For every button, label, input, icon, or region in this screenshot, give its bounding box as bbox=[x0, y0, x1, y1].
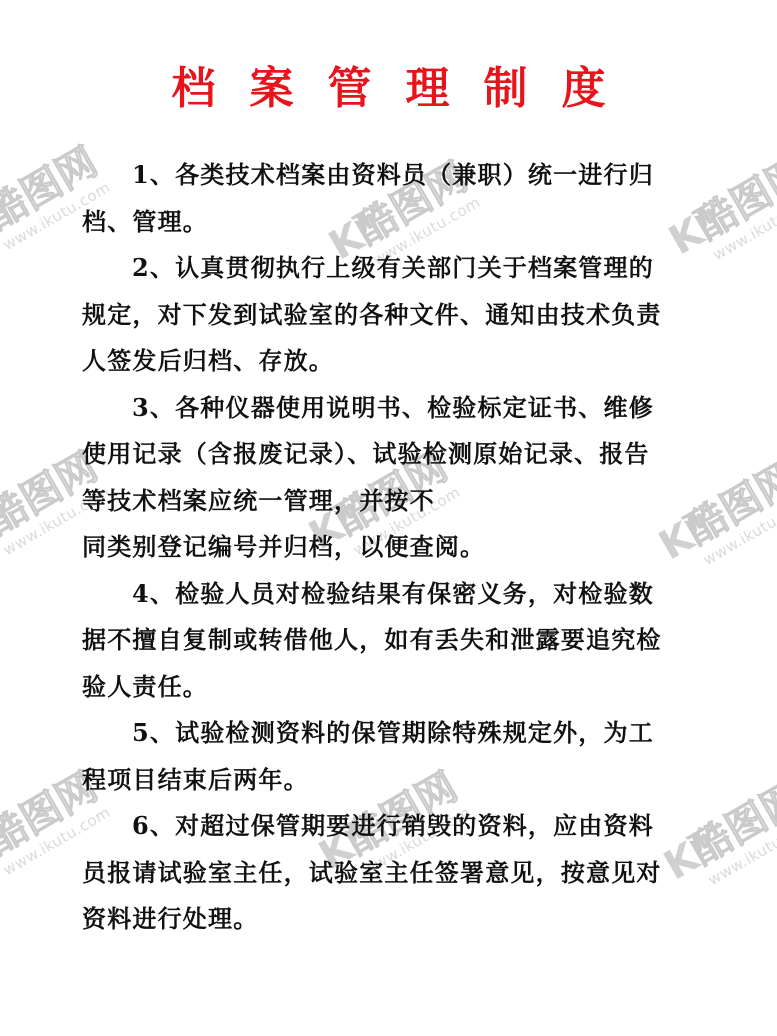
k-logo-icon: K bbox=[0, 504, 1, 559]
paragraph-line: 5、试验检测资料的保管期除特殊规定外，为工 bbox=[82, 710, 702, 757]
paragraph-1: 1、各类技术档案由资料员（兼职）统一进行归 档、管理。 bbox=[82, 152, 702, 245]
k-logo-icon: K bbox=[0, 199, 1, 254]
paragraph-line: 程项目结束后两年。 bbox=[82, 757, 702, 804]
paragraph-line: 2、认真贯彻执行上级有关部门关于档案管理的 bbox=[82, 245, 702, 292]
k-logo-icon: K bbox=[0, 824, 1, 879]
paragraph-line: 3、各种仪器使用说明书、检验标定证书、维修 bbox=[82, 385, 702, 432]
paragraph-line: 等技术档案应统一管理，并按不 bbox=[82, 478, 702, 525]
paragraph-4: 4、检验人员对检验结果有保密义务，对检验数 据不擅自复制或转借他人，如有丢失和泄… bbox=[82, 571, 702, 711]
paragraph-line: 4、检验人员对检验结果有保密义务，对检验数 bbox=[82, 571, 702, 618]
paragraph-line: 据不擅自复制或转借他人，如有丢失和泄露要追究检 bbox=[82, 617, 702, 664]
page-title: 档案管理制度 bbox=[0, 58, 777, 120]
paragraph-line: 6、对超过保管期要进行销毁的资料，应由资料 bbox=[82, 803, 702, 850]
paragraph-line: 1、各类技术档案由资料员（兼职）统一进行归 bbox=[82, 152, 702, 199]
paragraph-line: 使用记录（含报废记录）、试验检测原始记录、报告 bbox=[82, 431, 702, 478]
paragraph-line: 员报请试验室主任，试验室主任签署意见，按意见对 bbox=[82, 850, 702, 897]
paragraph-line: 资料进行处理。 bbox=[82, 896, 702, 943]
paragraph-5: 5、试验检测资料的保管期除特殊规定外，为工 程项目结束后两年。 bbox=[82, 710, 702, 803]
paragraph-line: 人签发后归档、存放。 bbox=[82, 338, 702, 385]
paragraph-3: 3、各种仪器使用说明书、检验标定证书、维修 使用记录（含报废记录）、试验检测原始… bbox=[82, 385, 702, 571]
paragraph-line: 规定，对下发到试验室的各种文件、通知由技术负责 bbox=[82, 292, 702, 339]
document-body: 1、各类技术档案由资料员（兼职）统一进行归 档、管理。 2、认真贯彻执行上级有关… bbox=[82, 152, 702, 943]
paragraph-line: 同类别登记编号并归档，以便查阅。 bbox=[82, 524, 702, 571]
paragraph-6: 6、对超过保管期要进行销毁的资料，应由资料 员报请试验室主任，试验室主任签署意见… bbox=[82, 803, 702, 943]
paragraph-line: 档、管理。 bbox=[82, 199, 702, 246]
paragraph-line: 验人责任。 bbox=[82, 664, 702, 711]
paragraph-2: 2、认真贯彻执行上级有关部门关于档案管理的 规定，对下发到试验室的各种文件、通知… bbox=[82, 245, 702, 385]
